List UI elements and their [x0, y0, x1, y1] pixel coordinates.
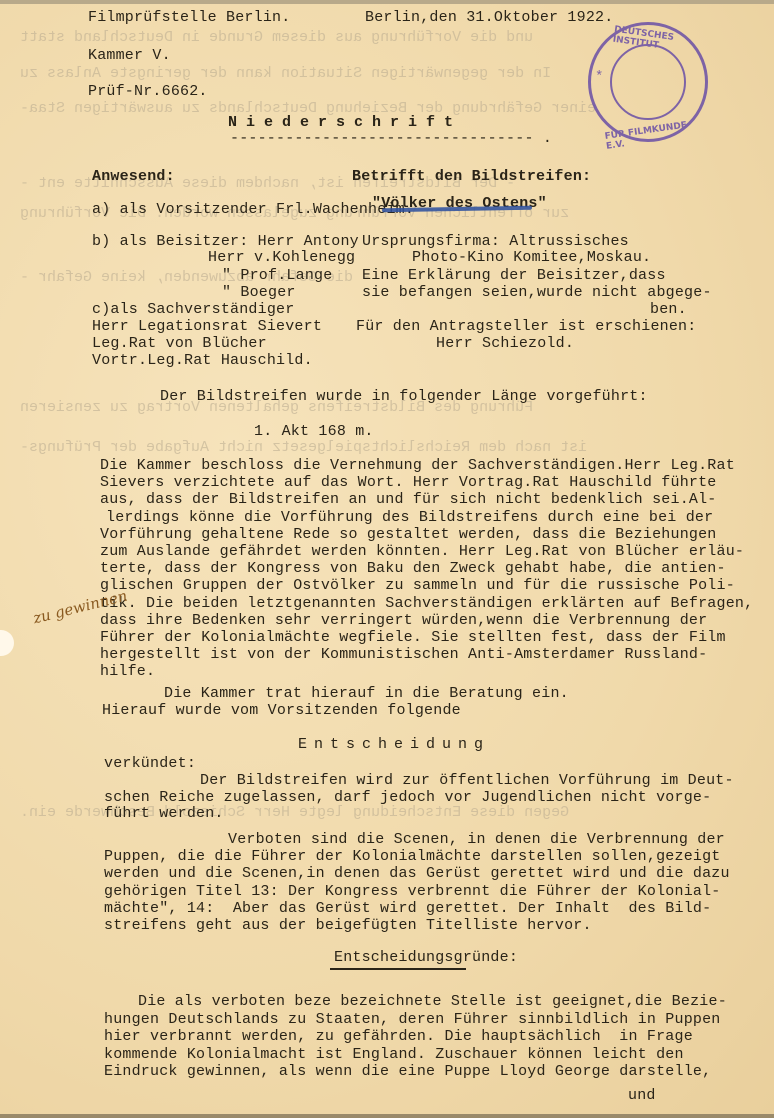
reasons-line: Eindruck gewinnen, als wenn die eine Pup… — [104, 1064, 711, 1080]
reasons-line: hungen Deutschlands zu Staaten, deren Fü… — [104, 1012, 721, 1028]
bleed-through-text: In der gegenwärtigen Situation kann der … — [20, 66, 551, 82]
deliberation-line: aus, dass der Bildstreifen an und für si… — [100, 492, 717, 508]
reasons-line: kommende Kolonialmacht ist England. Zusc… — [104, 1047, 684, 1063]
prohibited-scenes-line: mächte", 14: Aber das Gerüst wird gerett… — [104, 901, 711, 917]
deliberation-line: Die Kammer beschloss die Vernehmung der … — [100, 458, 735, 474]
decision-heading: Entscheidung — [298, 737, 490, 753]
issuing-office: Filmprüfstelle Berlin. — [88, 10, 290, 26]
title-rule: --------------------------------- . — [230, 131, 552, 147]
experts-label: c)als Sachverständiger — [92, 302, 294, 318]
star-icon: * — [595, 69, 603, 85]
deliberation-line: dass ihre Bedenken sehr verringert würde… — [100, 613, 707, 629]
origin-company-line-2: Photo-Kino Komitee,Moskau. — [412, 250, 651, 266]
bleed-through-text: und die Vorführung aus diesem Grunde in … — [20, 30, 533, 46]
exam-number: Prüf-Nr.6662. — [88, 84, 208, 100]
decision-line-2: schen Reiche zugelassen, darf jedoch vor… — [104, 790, 711, 806]
attendance-label: Anwesend: — [92, 169, 175, 185]
prohibited-scenes-line: werden und die Scenen,in denen das Gerüs… — [104, 866, 730, 882]
prohibited-scenes-line: gehörigen Titel 13: Der Kongress verbren… — [104, 884, 721, 900]
bleed-through-text: ist nach dem Reichslichtspielgesetz nich… — [20, 440, 587, 456]
applicant-line-1: Für den Antragsteller ist erschienen: — [356, 319, 696, 335]
deliberation-line: hergestellt ist von der Kommunistischen … — [100, 647, 707, 663]
decision-line-1: Der Bildstreifen wird zur öffentlichen V… — [200, 773, 734, 789]
deliberation-line: tik. Die beiden letztgenannten Sachverst… — [100, 596, 753, 612]
punch-hole — [0, 630, 14, 656]
stamp-inner-ring — [610, 44, 686, 120]
applicant-line-2: Herr Schiezold. — [436, 336, 574, 352]
origin-company-line-1: Ursprungsfirma: Altrussisches — [362, 234, 629, 250]
prohibited-scenes-line: streifens geht aus der beigefügten Titel… — [104, 918, 592, 934]
expert-1: Herr Legationsrat Sievert — [92, 319, 322, 335]
bias-statement-line-3: ben. — [650, 302, 687, 318]
assessor-1: Herr v.Kohlenegg — [208, 250, 355, 266]
deliberation-line: hilfe. — [100, 664, 155, 680]
reasons-line: hier verbrannt werden, zu gefährden. Die… — [104, 1029, 693, 1045]
prohibited-scenes-line: Puppen, die die Führer der Kolonialmächt… — [104, 849, 721, 865]
document-page: und die Vorführung aus diesem Grunde in … — [0, 0, 774, 1118]
deliberation-line: terte, dass der Kongress von Baku den Zw… — [100, 561, 726, 577]
bias-statement-line-2: sie befangen seien,wurde nicht abgege- — [362, 285, 712, 301]
film-length: 1. Akt 168 m. — [254, 424, 374, 440]
decision-verb: verkündet: — [104, 756, 196, 772]
deliberation-line: glischen Gruppen der Ostvölker zu sammel… — [100, 578, 735, 594]
assessor-2: " Prof.Lange — [222, 268, 332, 284]
continuation-word: und — [628, 1088, 656, 1104]
assessor-3: " Boeger — [222, 285, 296, 301]
page-bottom-edge — [0, 1114, 774, 1118]
bleed-through-text: Gegen diese Entscheidung legte Herr Schi… — [20, 805, 569, 821]
institute-stamp: DEUTSCHES INSTITUT FÜR FILMKUNDE E.V. * — [588, 22, 708, 142]
deliberation-line: Vorführung gehaltene Rede so gestaltet w… — [100, 527, 717, 543]
chair-line: a) als Vorsitzender Frl.Wachenheim. — [92, 202, 414, 218]
stamp-text-bottom: FÜR FILMKUNDE E.V. — [604, 118, 706, 152]
page-top-edge — [0, 0, 774, 4]
deliberation-line: Sievers verzichtete auf das Wort. Herr V… — [100, 475, 717, 491]
place-and-date: Berlin,den 31.Oktober 1922. — [365, 10, 613, 26]
deliberation-line: zum Auslande gefährdet werden könnten. H… — [100, 544, 744, 560]
chamber: Kammer V. — [88, 48, 171, 64]
retire-line: Die Kammer trat hierauf in die Beratung … — [164, 686, 569, 702]
prohibited-scenes-line: Verboten sind die Scenen, in denen die V… — [228, 832, 725, 848]
bias-statement-line-1: Eine Erklärung der Beisitzer,dass — [362, 268, 666, 284]
reasons-heading-underline — [330, 968, 466, 970]
deliberation-line: lerdings könne die Vorführung des Bildst… — [106, 510, 713, 526]
reasons-line: Die als verboten beze bezeichnete Stelle… — [138, 994, 727, 1010]
screening-intro: Der Bildstreifen wurde in folgender Läng… — [160, 389, 648, 405]
subject-label: Betrifft den Bildstreifen: — [352, 169, 591, 185]
reasons-heading: Entscheidungsgründe: — [334, 950, 518, 966]
expert-2: Leg.Rat von Blücher — [92, 336, 267, 352]
decision-line-3: führt werden. — [104, 806, 224, 822]
assessors-label: b) als Beisitzer: Herr Antony — [92, 234, 359, 250]
announce-line: Hierauf wurde vom Vorsitzenden folgende — [102, 703, 461, 719]
expert-3: Vortr.Leg.Rat Hauschild. — [92, 353, 313, 369]
deliberation-line: Führer der Kolonialmächte wegfiele. Sie … — [100, 630, 726, 646]
document-title: Niederschrift — [228, 115, 462, 131]
